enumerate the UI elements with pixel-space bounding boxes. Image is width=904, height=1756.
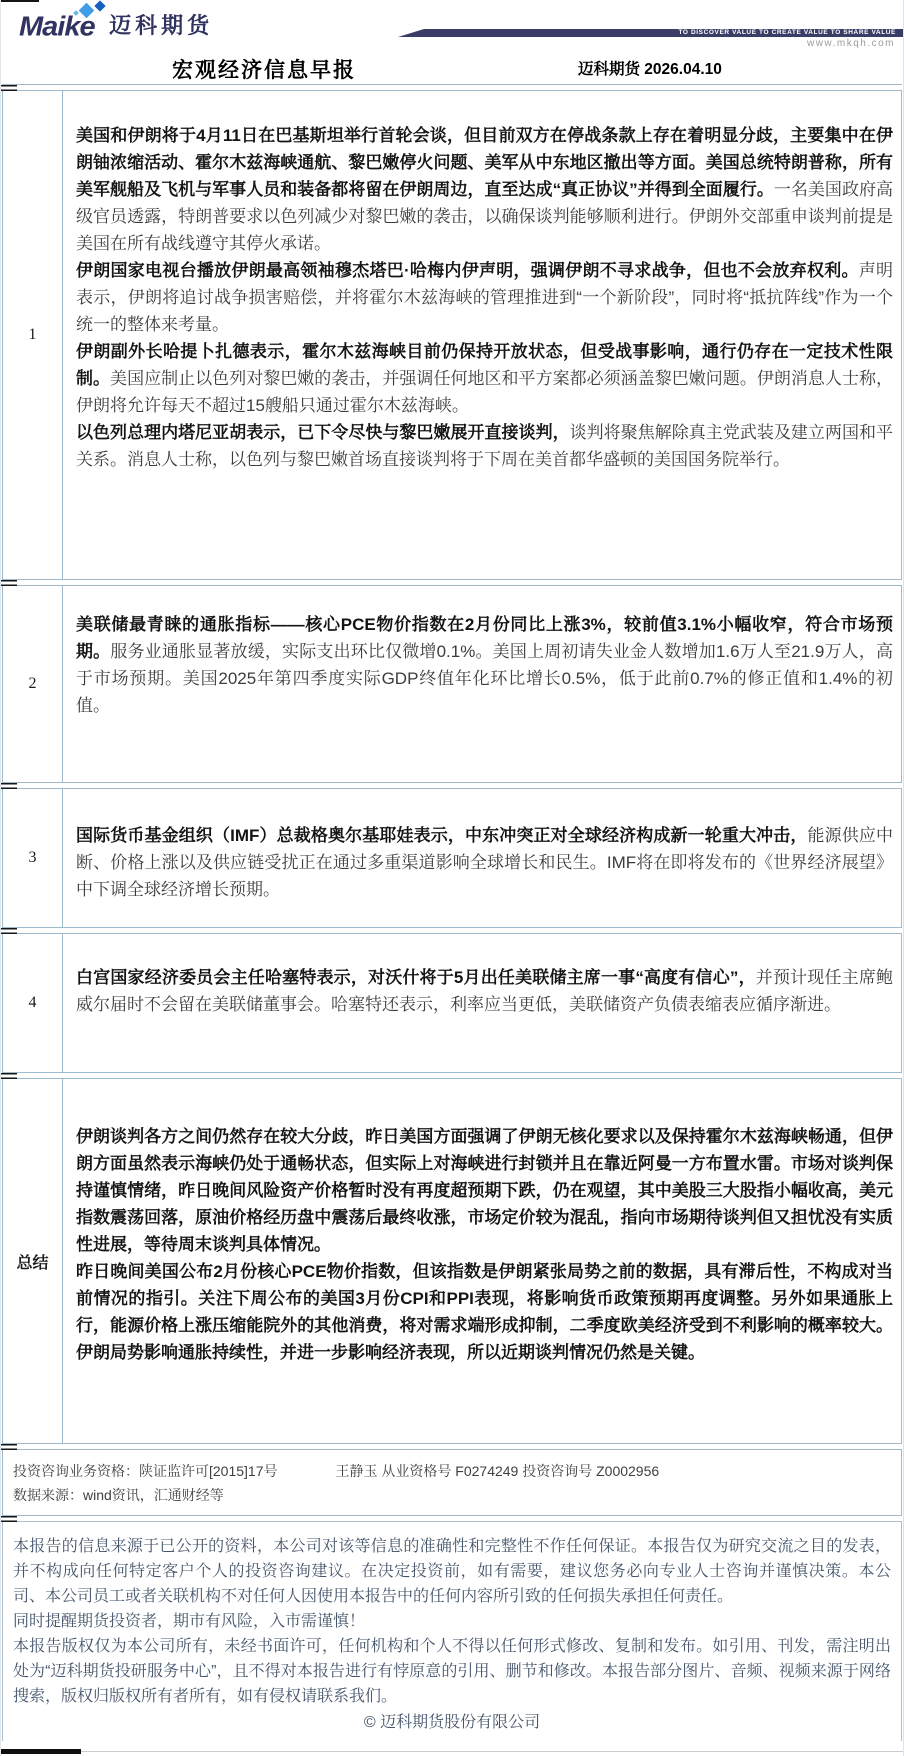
logo-chinese-name: 迈科期货: [109, 13, 213, 38]
row-content-cell: 美联储最青睐的通胀指标——核心PCE物价指数在2月份同比上涨3%，较前值3.1%…: [63, 586, 901, 782]
disclaimer-box: 本报告的信息来源于已公开的资料，本公司对该等信息的准确性和完整性不作任何保证。本…: [2, 1521, 902, 1741]
logo-spark-icon: [94, 0, 105, 11]
tagline-text: TO DISCOVER VALUE TO CREATE VALUE TO SHA…: [678, 29, 896, 36]
news-paragraph: 伊朗谈判各方之间仍然存在较大分歧，昨日美国方面强调了伊朗无核化要求以及保持霍尔木…: [76, 1123, 893, 1258]
disclaimer-paragraph: 本报告版权仅为本公司所有，未经书面许可，任何机构和个人不得以任何形式修改、复制和…: [13, 1634, 891, 1709]
bold-lead-text: 白宫国家经济委员会主任哈塞特表示，对沃什将于5月出任美联储主席一事“高度有信心”…: [76, 968, 756, 987]
qualification-line: 投资咨询业务资格：陕证监许可[2015]17号 王静玉 从业资格号 F02742…: [13, 1459, 891, 1483]
table-row: 总结伊朗谈判各方之间仍然存在较大分歧，昨日美国方面强调了伊朗无核化要求以及保持霍…: [2, 1078, 902, 1444]
body-text: 服务业通胀显著放缓，实际支出环比仅微增0.1%。美国上周初请失业金人数增加1.6…: [76, 642, 893, 715]
news-paragraph: 国际货币基金组织（IMF）总裁格奥尔基耶娃表示，中东冲突正对全球经济构成新一轮重…: [76, 822, 893, 903]
row-content-cell: 白宫国家经济委员会主任哈塞特表示，对沃什将于5月出任美联储主席一事“高度有信心”…: [63, 934, 901, 1072]
row-number-cell: 4: [3, 934, 63, 1072]
qualification-text: 投资咨询业务资格：陕证监许可[2015]17号: [13, 1459, 278, 1483]
news-paragraph: 白宫国家经济委员会主任哈塞特表示，对沃什将于5月出任美联储主席一事“高度有信心”…: [76, 964, 893, 1018]
news-paragraph: 美联储最青睐的通胀指标——核心PCE物价指数在2月份同比上涨3%，较前值3.1%…: [76, 611, 893, 719]
tagline-banner: TO DISCOVER VALUE TO CREATE VALUE TO SHA…: [398, 29, 903, 37]
report-page: Maike 迈科期货 TO DISCOVER VALUE TO CREATE V…: [0, 0, 904, 1756]
copyright-line: © 迈科期货股份有限公司: [13, 1710, 891, 1735]
top-left-tick: [1, 0, 39, 2]
table-row: 1美国和伊朗将于4月11日在巴基斯坦举行首轮会谈，但目前双方在停战条款上存在着明…: [2, 90, 902, 580]
row-number-cell: 3: [3, 789, 63, 927]
row-number-cell: 1: [3, 91, 63, 579]
news-paragraph: 伊朗副外长哈提卜扎德表示，霍尔木兹海峡目前仍保持开放状态，但受战事影响，通行仍存…: [76, 338, 893, 419]
bold-lead-text: 伊朗谈判各方之间仍然存在较大分歧，昨日美国方面强调了伊朗无核化要求以及保持霍尔木…: [76, 1127, 893, 1254]
table-row: 3国际货币基金组织（IMF）总裁格奥尔基耶娃表示，中东冲突正对全球经济构成新一轮…: [2, 788, 902, 928]
title-bar: 宏观经济信息早报 迈科期货 2026.04.10: [2, 48, 902, 85]
row-number-cell: 总结: [3, 1079, 63, 1443]
data-source-text: 数据来源：wind资讯，汇通财经等: [13, 1483, 891, 1507]
table-row: 2美联储最青睐的通胀指标——核心PCE物价指数在2月份同比上涨3%，较前值3.1…: [2, 585, 902, 783]
bottom-left-bar: [1, 1749, 81, 1754]
analyst-text: 王静玉 从业资格号 F0274249 投资咨询号 Z0002956: [336, 1459, 660, 1483]
footer-info-box: 投资咨询业务资格：陕证监许可[2015]17号 王静玉 从业资格号 F02742…: [2, 1449, 902, 1516]
table-row: 4白宫国家经济委员会主任哈塞特表示，对沃什将于5月出任美联储主席一事“高度有信心…: [2, 933, 902, 1073]
news-paragraph: 美国和伊朗将于4月11日在巴基斯坦举行首轮会谈，但目前双方在停战条款上存在着明显…: [76, 122, 893, 257]
bottom-border-line: [1, 1751, 903, 1752]
row-content-cell: 国际货币基金组织（IMF）总裁格奥尔基耶娃表示，中东冲突正对全球经济构成新一轮重…: [63, 789, 901, 927]
page-title: 宏观经济信息早报: [172, 54, 356, 84]
disclaimer-paragraph: 同时提醒期货投资者，期市有风险，入市需谨慎！: [13, 1609, 891, 1634]
news-paragraph: 昨日晚间美国公布2月份核心PCE物价指数，但该指数是伊朗紧张局势之前的数据，具有…: [76, 1258, 893, 1366]
bold-lead-text: 美国和伊朗将于4月11日在巴基斯坦举行首轮会谈，但目前双方在停战条款上存在着明显…: [76, 126, 893, 199]
bold-lead-text: 昨日晚间美国公布2月份核心PCE物价指数，但该指数是伊朗紧张局势之前的数据，具有…: [76, 1262, 893, 1362]
body-text: 美国应制止以色列对黎巴嫩的袭击，并强调任何地区和平方案都必须涵盖黎巴嫩问题。伊朗…: [76, 369, 893, 415]
report-table: 1美国和伊朗将于4月11日在巴基斯坦举行首轮会谈，但目前双方在停战条款上存在着明…: [1, 90, 903, 1444]
logo-wordmark: Maike: [19, 12, 95, 43]
news-paragraph: 伊朗国家电视台播放伊朗最高领袖穆杰塔巴·哈梅内伊声明，强调伊朗不寻求战争，但也不…: [76, 257, 893, 338]
report-header: Maike 迈科期货 TO DISCOVER VALUE TO CREATE V…: [1, 0, 903, 48]
row-content-cell: 伊朗谈判各方之间仍然存在较大分歧，昨日美国方面强调了伊朗无核化要求以及保持霍尔木…: [63, 1079, 901, 1443]
row-number-cell: 2: [3, 586, 63, 782]
brand-and-date: 迈科期货 2026.04.10: [578, 57, 722, 79]
bold-lead-text: 国际货币基金组织（IMF）总裁格奥尔基耶娃表示，中东冲突正对全球经济构成新一轮重…: [76, 826, 808, 845]
row-content-cell: 美国和伊朗将于4月11日在巴基斯坦举行首轮会谈，但目前双方在停战条款上存在着明显…: [63, 91, 901, 579]
disclaimer-paragraph: 本报告的信息来源于已公开的资料，本公司对该等信息的准确性和完整性不作任何保证。本…: [13, 1534, 891, 1609]
bold-lead-text: 以色列总理内塔尼亚胡表示，已下令尽快与黎巴嫩展开直接谈判，: [76, 423, 570, 442]
news-paragraph: 以色列总理内塔尼亚胡表示，已下令尽快与黎巴嫩展开直接谈判，谈判将聚焦解除真主党武…: [76, 419, 893, 473]
bold-lead-text: 伊朗国家电视台播放伊朗最高领袖穆杰塔巴·哈梅内伊声明，强调伊朗不寻求战争，但也不…: [76, 261, 859, 280]
maike-logo: Maike 迈科期货: [19, 9, 213, 45]
